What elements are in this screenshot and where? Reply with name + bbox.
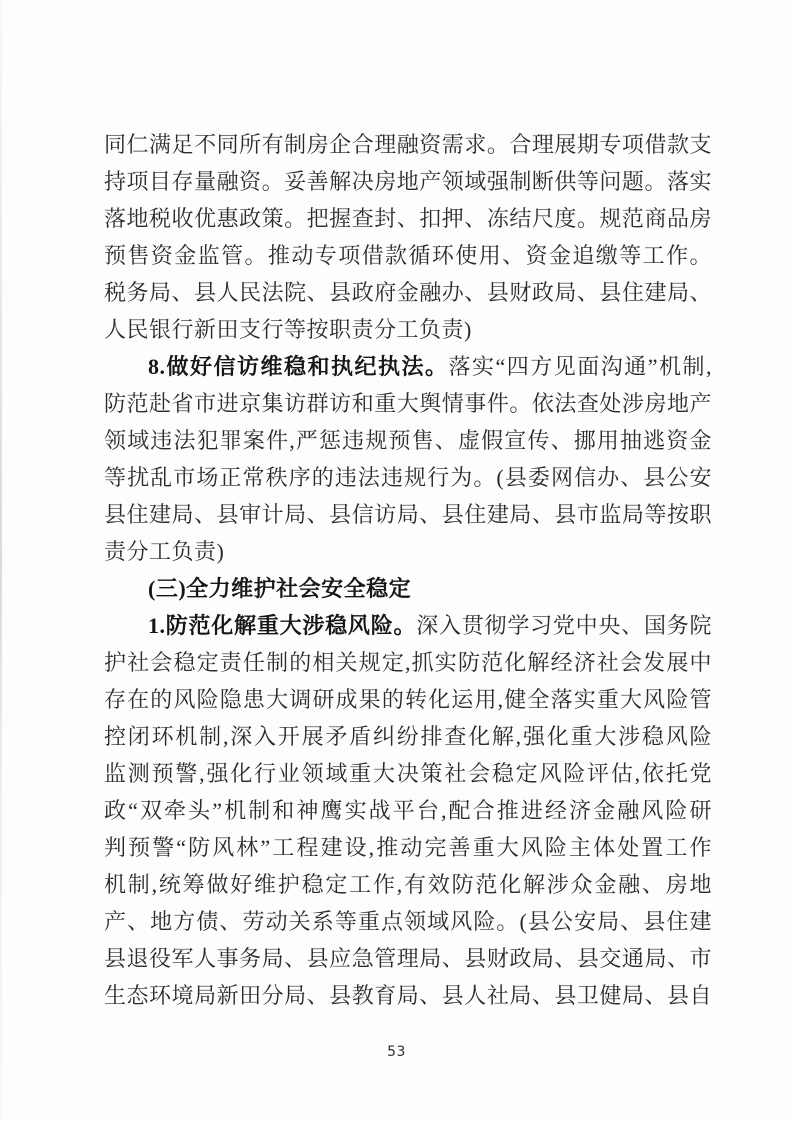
text-run: 落地税收优惠政策。把握查封、扣押、冻结尺度。规范商品房	[104, 206, 712, 231]
text-line: 预售资金监管。推动专项借款循环使用、资金追缴等工作。(县	[104, 237, 712, 274]
bold-text-run: (三)全力维护社会安全稳定	[148, 576, 411, 601]
text-run: 监测预警,强化行业领域重大决策社会稳定风险评估,依托党	[104, 761, 712, 786]
text-line: 监测预警,强化行业领域重大决策社会稳定风险评估,依托党	[104, 755, 712, 792]
text-run: 等扰乱市场正常秩序的违法违规行为。(县委网信办、县公安局、	[104, 465, 712, 496]
text-line: 税务局、县人民法院、县政府金融办、县财政局、县住建局、	[104, 274, 712, 311]
text-line: 县住建局、县审计局、县信访局、县住建局、县市监局等按职	[104, 496, 712, 533]
text-line: 8.做好信访维稳和执纪执法。落实“四方见面沟通”机制,	[104, 348, 712, 385]
text-run: 落实“四方见面沟通”机制,	[448, 354, 712, 379]
text-line: 产、地方债、劳动关系等重点领域风险。(县公安局、县住建局、	[104, 903, 712, 940]
text-line: (三)全力维护社会安全稳定	[104, 570, 712, 607]
scan-edge-artifact	[0, 0, 2, 1121]
text-line: 落地税收优惠政策。把握查封、扣押、冻结尺度。规范商品房	[104, 200, 712, 237]
document-page: 同仁满足不同所有制房企合理融资需求。合理展期专项借款支持项目存量融资。妥善解决房…	[0, 0, 793, 1121]
text-line: 政“双牵头”机制和神鹰实战平台,配合推进经济金融风险研	[104, 792, 712, 829]
text-run: 领域违法犯罪案件,严惩违规预售、虚假宣传、挪用抽逃资金	[104, 428, 712, 453]
text-line: 控闭环机制,深入开展矛盾纠纷排查化解,强化重大涉稳风险	[104, 718, 712, 755]
document-text-block: 同仁满足不同所有制房企合理融资需求。合理展期专项借款支持项目存量融资。妥善解决房…	[104, 126, 712, 1014]
text-run: 人民银行新田支行等按职责分工负责)	[104, 317, 472, 342]
text-run: 防范赴省市进京集访群访和重大舆情事件。依法查处涉房地产	[104, 391, 712, 416]
bold-text-run: 8.做好信访维稳和执纪执法。	[148, 354, 448, 379]
text-run: 政“双牵头”机制和神鹰实战平台,配合推进经济金融风险研	[104, 798, 712, 823]
text-run: 县住建局、县审计局、县信访局、县住建局、县市监局等按职	[104, 502, 712, 527]
text-run: 责分工负责)	[104, 539, 224, 564]
text-run: 持项目存量融资。妥善解决房地产领域强制断供等问题。落实	[104, 169, 712, 194]
text-line: 持项目存量融资。妥善解决房地产领域强制断供等问题。落实	[104, 163, 712, 200]
text-line: 人民银行新田支行等按职责分工负责)	[104, 311, 712, 348]
text-run: 产、地方债、劳动关系等重点领域风险。(县公安局、县住建局、	[104, 909, 712, 940]
text-run: 护社会稳定责任制的相关规定,抓实防范化解经济社会发展中	[104, 650, 712, 675]
text-line: 判预警“防风林”工程建设,推动完善重大风险主体处置工作	[104, 829, 712, 866]
text-line: 等扰乱市场正常秩序的违法违规行为。(县委网信办、县公安局、	[104, 459, 712, 496]
text-line: 防范赴省市进京集访群访和重大舆情事件。依法查处涉房地产	[104, 385, 712, 422]
text-run: 控闭环机制,深入开展矛盾纠纷排查化解,强化重大涉稳风险	[104, 724, 712, 749]
text-run: 县退役军人事务局、县应急管理局、县财政局、县交通局、市	[104, 946, 712, 971]
text-line: 生态环境局新田分局、县教育局、县人社局、县卫健局、县自	[104, 977, 712, 1014]
text-run: 机制,统筹做好维护稳定工作,有效防范化解涉众金融、房地	[104, 872, 712, 897]
text-run: 判预警“防风林”工程建设,推动完善重大风险主体处置工作	[104, 835, 712, 860]
text-run: 存在的风险隐患大调研成果的转化运用,健全落实重大风险管	[104, 687, 712, 712]
text-line: 存在的风险隐患大调研成果的转化运用,健全落实重大风险管	[104, 681, 712, 718]
text-run: 税务局、县人民法院、县政府金融办、县财政局、县住建局、	[104, 280, 712, 305]
text-line: 1.防范化解重大涉稳风险。深入贯彻学习党中央、国务院维	[104, 607, 712, 644]
page-number: 53	[0, 1044, 793, 1060]
text-run: 生态环境局新田分局、县教育局、县人社局、县卫健局、县自	[104, 983, 712, 1008]
text-line: 机制,统筹做好维护稳定工作,有效防范化解涉众金融、房地	[104, 866, 712, 903]
text-run: 预售资金监管。推动专项借款循环使用、资金追缴等工作。(县	[104, 243, 712, 274]
text-run: 同仁满足不同所有制房企合理融资需求。合理展期专项借款支	[104, 132, 712, 157]
text-line: 责分工负责)	[104, 533, 712, 570]
bold-text-run: 1.防范化解重大涉稳风险。	[148, 613, 416, 638]
text-line: 同仁满足不同所有制房企合理融资需求。合理展期专项借款支	[104, 126, 712, 163]
text-line: 护社会稳定责任制的相关规定,抓实防范化解经济社会发展中	[104, 644, 712, 681]
text-line: 领域违法犯罪案件,严惩违规预售、虚假宣传、挪用抽逃资金	[104, 422, 712, 459]
text-line: 县退役军人事务局、县应急管理局、县财政局、县交通局、市	[104, 940, 712, 977]
